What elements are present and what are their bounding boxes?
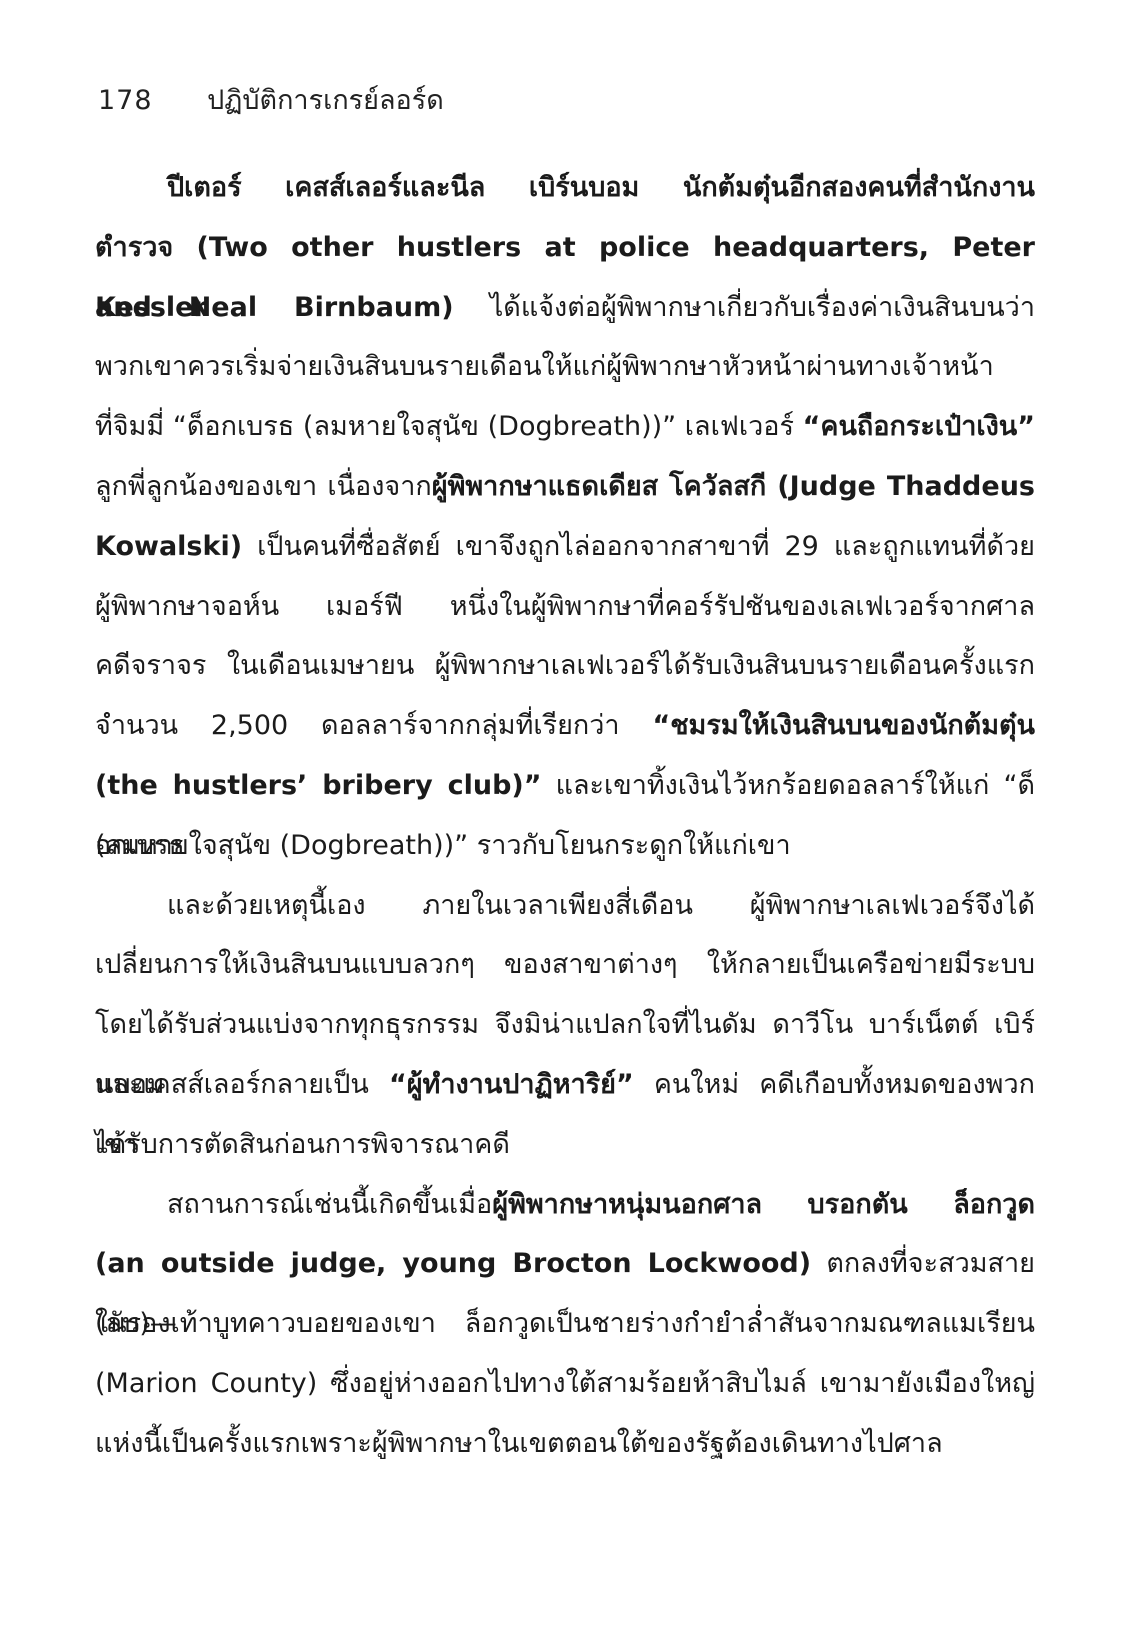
text-line: and Neal Birnbaum) ได้แจ้งต่อผู้พิพากษาเ…: [95, 278, 1035, 338]
text-segment: และเคสส์เลอร์กลายเป็น: [95, 1069, 389, 1100]
bold-text-segment: Kowalski): [95, 531, 242, 562]
bold-text-segment: ผู้พิพากษาหนุ่มนอกศาล บรอกตัน ล็อกวูด: [492, 1189, 1035, 1220]
text-segment: ผู้พิพากษาจอห์น เมอร์ฟี หนึ่งในผู้พิพากษ…: [95, 591, 1035, 622]
text-segment: (Marion County) ซึ่งอยู่ห่างออกไปทางใต้ส…: [95, 1368, 1035, 1399]
text-segment: สถานการณ์เช่นนี้เกิดขึ้นเมื่อ: [167, 1189, 492, 1220]
text-segment: ได้รับการตัดสินก่อนการพิจารณาคดี: [95, 1129, 510, 1160]
text-segment: ลูกพี่ลูกน้องของเขา เนื่องจาก: [95, 471, 432, 502]
text-segment: พวกเขาควรเริ่มจ่ายเงินสินบนรายเดือนให้แก…: [95, 351, 994, 382]
text-line: ปีเตอร์ เคสส์เลอร์และนีล เบิร์นบอม นักต้…: [95, 158, 1035, 218]
text-line: ที่จิมมี่ “ด็อกเบรธ (ลมหายใจสุนัข (Dogbr…: [95, 397, 1035, 457]
bold-text-segment: “ผู้ทำงานปาฏิหาริย์”: [389, 1069, 634, 1100]
text-segment: เปลี่ยนการให้เงินสินบนแบบลวกๆ ของสาขาต่า…: [95, 949, 1035, 980]
text-line: (ลมหายใจสุนัข (Dogbreath))” ราวกับโยนกระ…: [95, 816, 1035, 876]
text-line: พวกเขาควรเริ่มจ่ายเงินสินบนรายเดือนให้แก…: [95, 337, 1035, 397]
text-line: (Marion County) ซึ่งอยู่ห่างออกไปทางใต้ส…: [95, 1354, 1035, 1414]
text-line: ได้รับการตัดสินก่อนการพิจารณาคดี: [95, 1115, 1035, 1175]
text-line: (the hustlers’ bribery club)” และเขาทิ้ง…: [95, 756, 1035, 816]
text-line: ตำรวจ (Two other hustlers at police head…: [95, 218, 1035, 278]
book-page: 178 ปฏิบัติการเกรย์ลอร์ด ปีเตอร์ เคสส์เล…: [0, 0, 1126, 1638]
text-segment: ได้แจ้งต่อผู้พิพากษาเกี่ยวกับเรื่องค่าเง…: [454, 292, 1035, 323]
bold-text-segment: ผู้พิพากษาแธดเดียส โควัลสกี (Judge Thadd…: [432, 471, 1035, 502]
text-line: และเคสส์เลอร์กลายเป็น “ผู้ทำงานปาฏิหาริย…: [95, 1055, 1035, 1115]
text-line: และด้วยเหตุนี้เอง ภายในเวลาเพียงสี่เดือน…: [95, 876, 1035, 936]
text-line: แห่งนี้เป็นครั้งแรกเพราะผู้พิพากษาในเขตต…: [95, 1414, 1035, 1474]
text-segment: และด้วยเหตุนี้เอง ภายในเวลาเพียงสี่เดือน…: [167, 890, 1035, 921]
text-segment: จำนวน 2,500 ดอลลาร์จากกลุ่มที่เรียกว่า: [95, 710, 652, 741]
bold-text-segment: (the hustlers’ bribery club)”: [95, 770, 541, 801]
text-segment: ที่จิมมี่ “ด็อกเบรธ (ลมหายใจสุนัข (Dogbr…: [95, 411, 803, 442]
running-header: 178 ปฏิบัติการเกรย์ลอร์ด: [98, 84, 444, 118]
text-line: ในรองเท้าบูทคาวบอยของเขา ล็อกวูดเป็นชายร…: [95, 1294, 1035, 1354]
text-segment: ในรองเท้าบูทคาวบอยของเขา ล็อกวูดเป็นชายร…: [95, 1308, 1035, 1339]
text-line: จำนวน 2,500 ดอลลาร์จากกลุ่มที่เรียกว่า “…: [95, 696, 1035, 756]
text-segment: แห่งนี้เป็นครั้งแรกเพราะผู้พิพากษาในเขตต…: [95, 1428, 943, 1459]
text-line: โดยได้รับส่วนแบ่งจากทุกธุรกรรม จึงมิน่าแ…: [95, 995, 1035, 1055]
chapter-title: ปฏิบัติการเกรย์ลอร์ด: [207, 84, 444, 118]
text-segment: เป็นคนที่ซื่อสัตย์ เขาจึงถูกไล่ออกจากสาข…: [242, 531, 1035, 562]
text-line: Kowalski) เป็นคนที่ซื่อสัตย์ เขาจึงถูกไล…: [95, 517, 1035, 577]
text-segment: คดีจราจร ในเดือนเมษายน ผู้พิพากษาเลเฟเวอ…: [95, 650, 1035, 681]
bold-text-segment: ปีเตอร์ เคสส์เลอร์และนีล เบิร์นบอม นักต้…: [167, 172, 1035, 203]
page-number: 178: [98, 84, 153, 118]
page-body: ปีเตอร์ เคสส์เลอร์และนีล เบิร์นบอม นักต้…: [95, 158, 1035, 1474]
bold-text-segment: “คนถือกระเป๋าเงิน”: [803, 411, 1035, 442]
text-line: คดีจราจร ในเดือนเมษายน ผู้พิพากษาเลเฟเวอ…: [95, 636, 1035, 696]
text-line: ผู้พิพากษาจอห์น เมอร์ฟี หนึ่งในผู้พิพากษ…: [95, 577, 1035, 637]
text-segment: (ลมหายใจสุนัข (Dogbreath))” ราวกับโยนกระ…: [95, 830, 791, 861]
bold-text-segment: (an outside judge, young Brocton Lockwoo…: [95, 1248, 811, 1279]
text-line: ลูกพี่ลูกน้องของเขา เนื่องจากผู้พิพากษาแ…: [95, 457, 1035, 517]
text-line: สถานการณ์เช่นนี้เกิดขึ้นเมื่อผู้พิพากษาห…: [95, 1175, 1035, 1235]
bold-text-segment: “ชมรมให้เงินสินบนของนักต้มตุ๋น: [652, 710, 1035, 741]
bold-text-segment: and Neal Birnbaum): [95, 292, 454, 323]
text-line: เปลี่ยนการให้เงินสินบนแบบลวกๆ ของสาขาต่า…: [95, 935, 1035, 995]
text-line: (an outside judge, young Brocton Lockwoo…: [95, 1234, 1035, 1294]
